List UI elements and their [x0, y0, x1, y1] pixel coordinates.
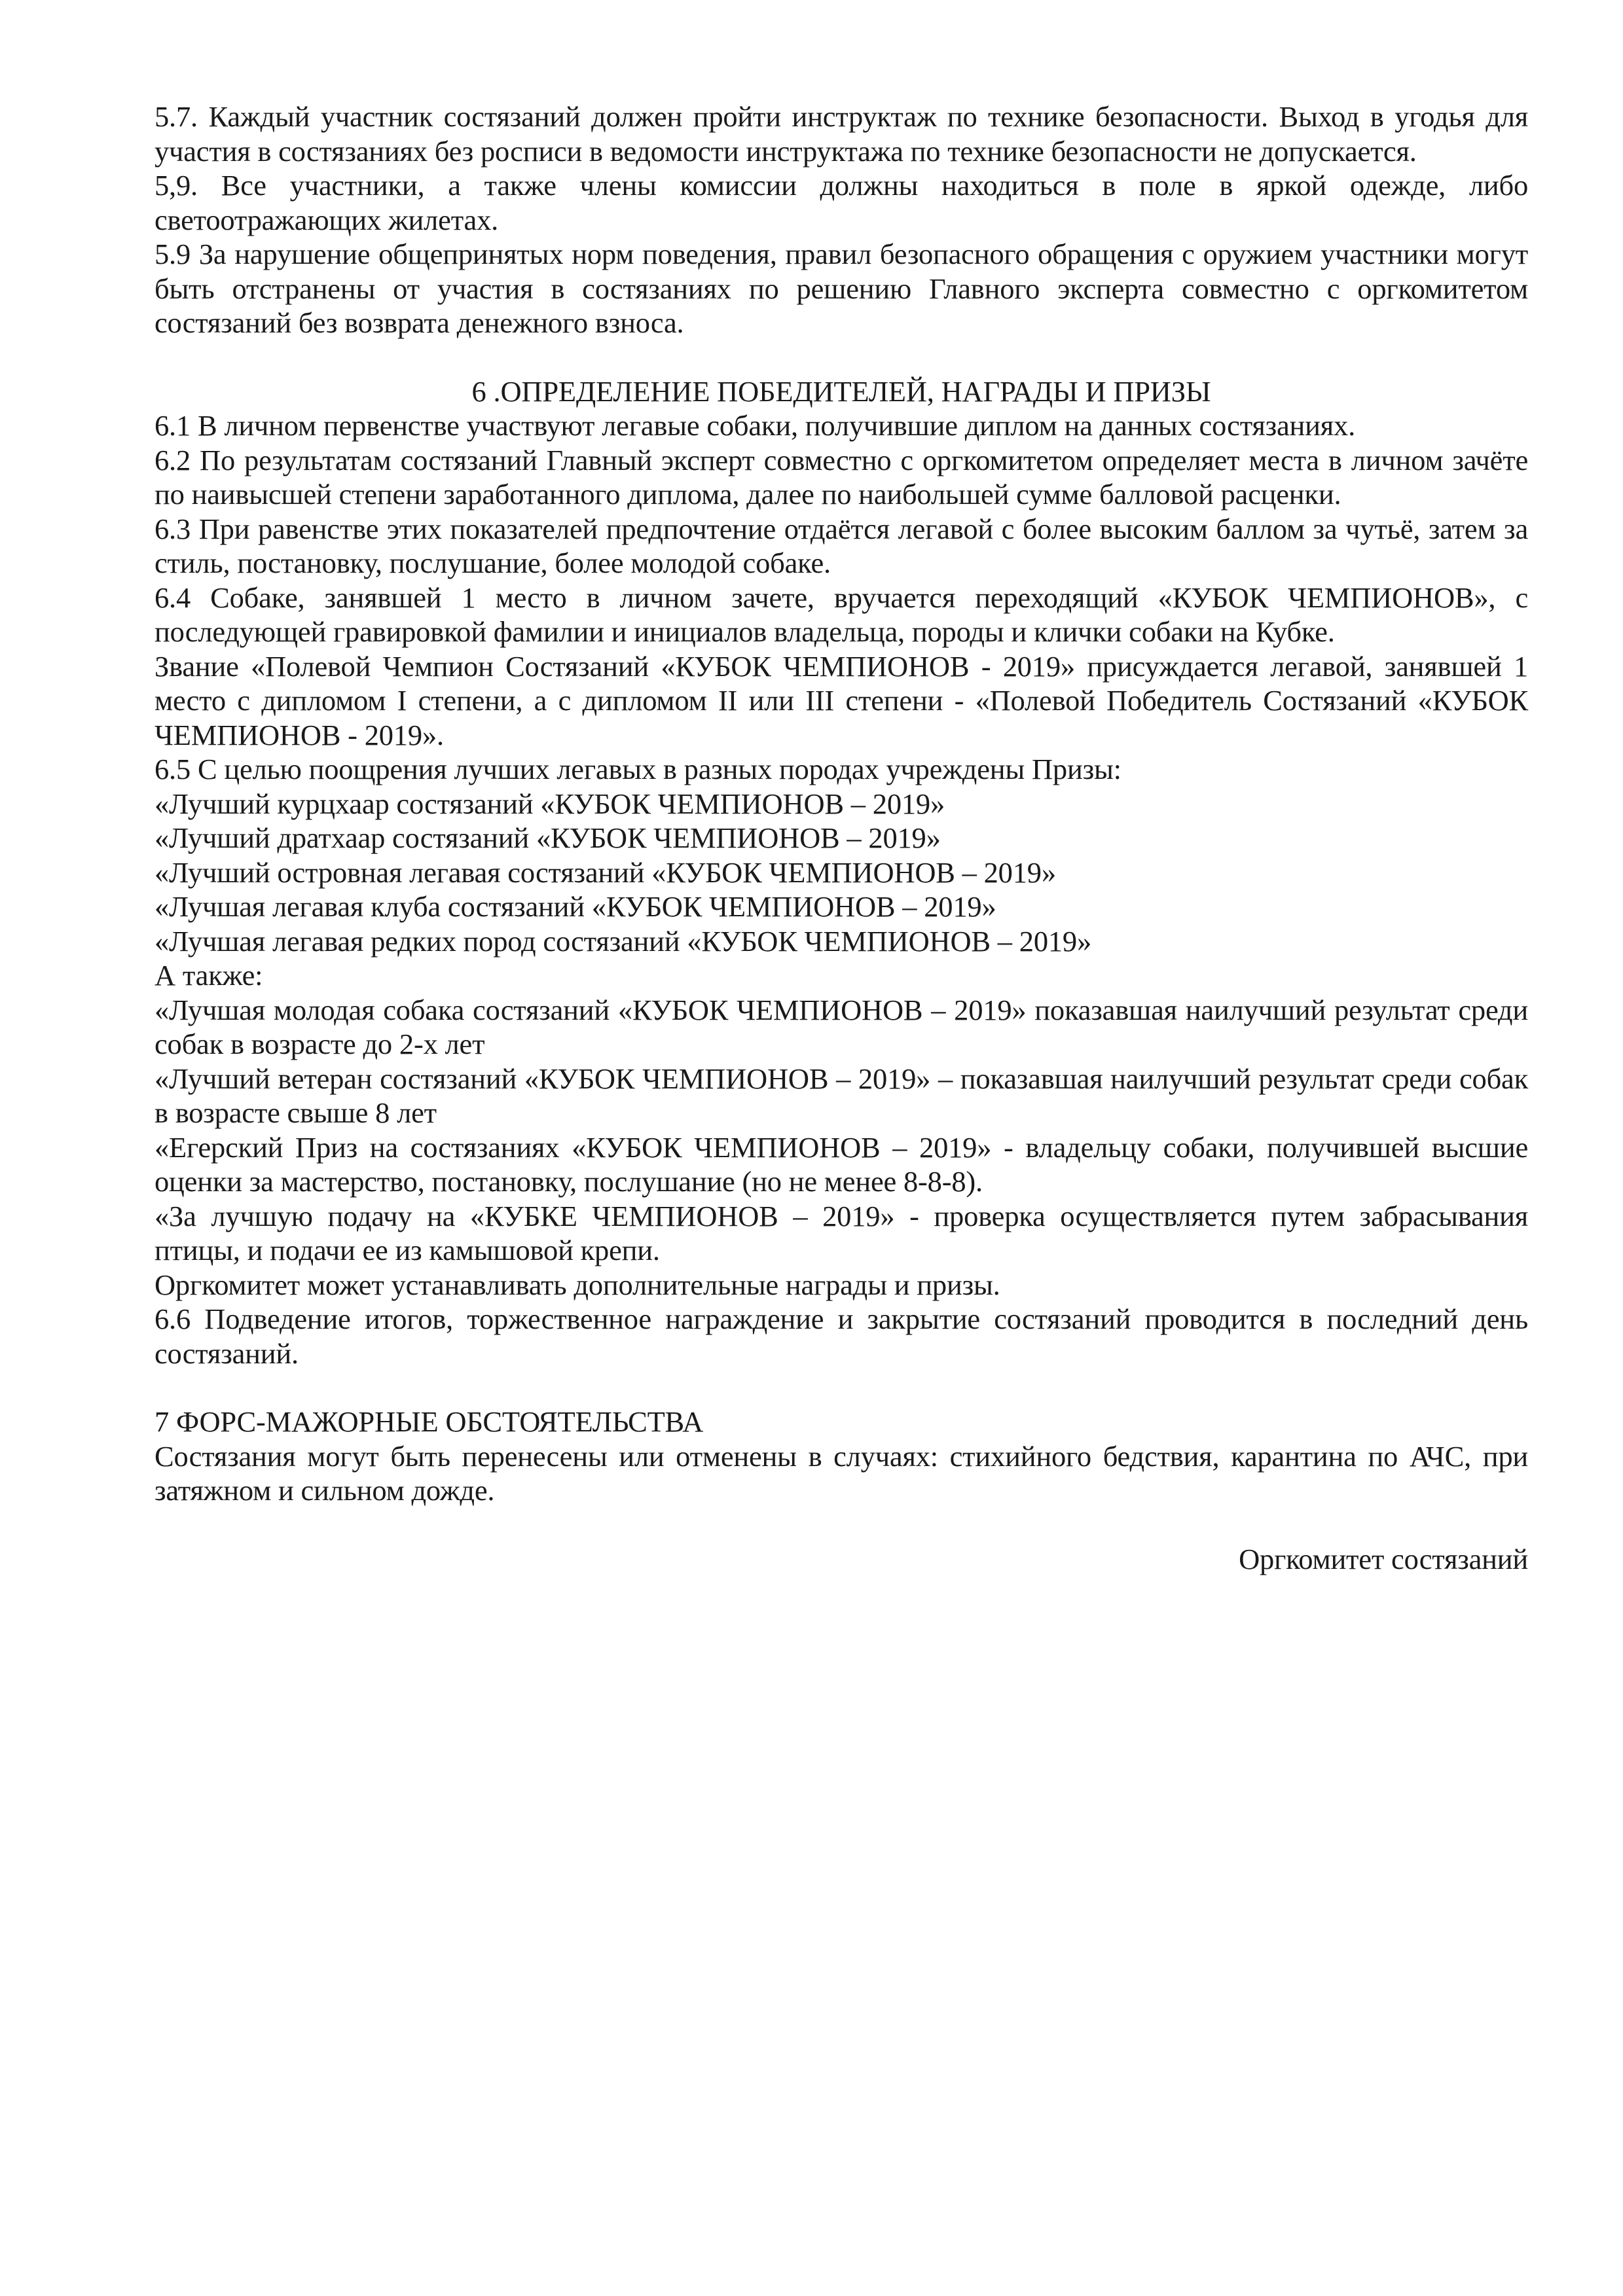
prize-veteran: «Лучший ветеран состязаний «КУБОК ЧЕМПИО…	[155, 1062, 1528, 1130]
section-5-rules: 5.7. Каждый участник состязаний должен п…	[155, 99, 1528, 340]
document-page: 5.7. Каждый участник состязаний должен п…	[155, 99, 1528, 1576]
prize-island-pointer: «Лучший островная легавая состязаний «КУ…	[155, 855, 1528, 890]
paragraph-6-2: 6.2 По результатам состязаний Главный эк…	[155, 443, 1528, 512]
section-7-force-majeure: 7 ФОРС-МАЖОРНЫЕ ОБСТОЯТЕЛЬСТВА Состязани…	[155, 1371, 1528, 1508]
prize-huntsman: «Егерский Приз на состязаниях «КУБОК ЧЕМ…	[155, 1130, 1528, 1199]
prize-club-pointer: «Лучшая легавая клуба состязаний «КУБОК …	[155, 889, 1528, 924]
section-7-heading: 7 ФОРС-МАЖОРНЫЕ ОБСТОЯТЕЛЬСТВА	[155, 1371, 1528, 1439]
also-label: А также:	[155, 958, 1528, 993]
paragraph-5-9-clothing: 5,9. Все участники, а также члены комисс…	[155, 168, 1528, 237]
paragraph-5-7: 5.7. Каждый участник состязаний должен п…	[155, 99, 1528, 168]
paragraph-force-majeure: Состязания могут быть перенесены или отм…	[155, 1439, 1528, 1508]
paragraph-5-9-violations: 5.9 За нарушение общепринятых норм повед…	[155, 237, 1528, 340]
prize-best-retrieve: «За лучшую подачу на «КУБКЕ ЧЕМПИОНОВ – …	[155, 1199, 1528, 1268]
paragraph-additional-awards: Оргкомитет может устанавливать дополните…	[155, 1268, 1528, 1302]
prize-kurzhaar: «Лучший курцхаар состязаний «КУБОК ЧЕМПИ…	[155, 787, 1528, 821]
paragraph-6-5: 6.5 С целью поощрения лучших легавых в р…	[155, 752, 1528, 787]
prize-rare-breeds: «Лучшая легавая редких пород состязаний …	[155, 924, 1528, 959]
paragraph-champion-title: Звание «Полевой Чемпион Состязаний «КУБО…	[155, 649, 1528, 753]
section-6-winners-awards: 6 .ОПРЕДЕЛЕНИЕ ПОБЕДИТЕЛЕЙ, НАГРАДЫ И ПР…	[155, 340, 1528, 1371]
paragraph-6-4: 6.4 Собаке, занявшей 1 место в личном за…	[155, 581, 1528, 649]
signature: Оргкомитет состязаний	[155, 1508, 1528, 1577]
section-6-heading: 6 .ОПРЕДЕЛЕНИЕ ПОБЕДИТЕЛЕЙ, НАГРАДЫ И ПР…	[155, 340, 1528, 409]
paragraph-6-3: 6.3 При равенстве этих показателей предп…	[155, 512, 1528, 581]
paragraph-6-6: 6.6 Подведение итогов, торжественное наг…	[155, 1302, 1528, 1371]
prize-young-dog: «Лучшая молодая собака состязаний «КУБОК…	[155, 993, 1528, 1062]
prize-drahthaar: «Лучший дратхаар состязаний «КУБОК ЧЕМПИ…	[155, 821, 1528, 855]
paragraph-6-1: 6.1 В личном первенстве участвуют легавы…	[155, 408, 1528, 443]
